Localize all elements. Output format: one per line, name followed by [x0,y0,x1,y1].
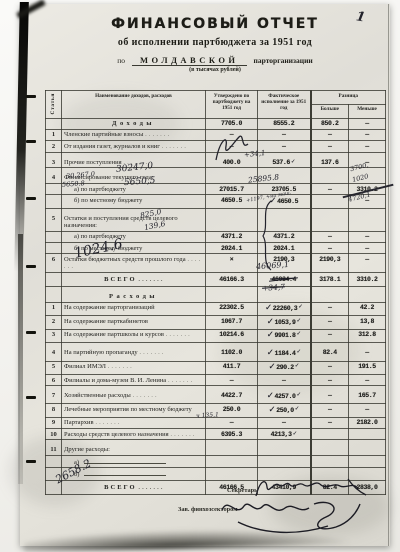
article-number-cell: 5 [46,361,62,375]
row-label-cell: Членские партийные взносы [62,129,206,140]
article-number-cell: 6 [46,254,62,273]
row-label-cell: Финансирование текущего года: [62,168,206,184]
table-row: 11Другие расходы: [46,440,386,456]
report-table: Статья Наименование доходов, расходов Ут… [45,90,386,495]
handwritten-checkmark: ✓ [265,303,272,313]
scan-bottom-shadow [24,526,350,552]
value-cell-c3: 82.4 [311,343,349,361]
secretary-label: Секретарь [227,487,258,494]
blank-line [84,458,166,464]
table-header: Статья Наименование доходов, расходов Ут… [46,91,386,119]
value-cell-c1: 2024.1 [206,243,258,254]
article-number-cell [46,468,62,480]
scan-mark [26,197,36,200]
value-cell-c3: — [311,361,349,375]
row-label-cell: Другие расходы: [62,440,206,456]
value-cell-c4 [349,440,386,456]
value-cell-c4: 191.5 [349,361,386,375]
value-cell-c4: — [349,343,386,361]
value-cell-c4 [349,429,386,440]
article-number-cell [46,118,62,129]
blank-line [84,470,166,476]
value-cell-c2: 8555.2 [258,118,311,129]
table-row: 5Остатки и поступления средств целевого … [46,208,386,231]
value-cell-c3: — [311,316,349,330]
value-cell-c2: 46034.4 [258,272,311,286]
value-cell-c3: — [311,141,349,152]
article-number-cell: 7 [46,386,62,404]
scan-spine-shadow-lower [18,234,23,484]
table-row: б) [46,468,386,480]
scan-spine-shadow [14,2,29,272]
value-cell-c1: 7705.0 [206,118,258,129]
value-cell-c1: 400.0 [206,152,258,168]
value-cell-c2: ✓290.2✓ [258,361,311,375]
handwritten-checkmark: ✓ [297,392,301,398]
value-cell-c1 [206,468,258,480]
value-cell-c1: 4371.2 [206,231,258,242]
article-number-cell [46,272,62,286]
article-number-cell: 4 [46,343,62,361]
value-cell-c4: 3310.2 [349,272,386,286]
article-number-cell: 11 [46,440,62,456]
value-cell-c4: — [349,129,386,140]
row-label-cell: б) [62,468,206,480]
article-number-cell: 1 [46,302,62,316]
value-cell-c2 [258,287,311,303]
scan-mark [26,460,36,463]
value-cell-c2: — [258,417,311,428]
value-cell-c2: ✓1184.4✓ [258,343,311,361]
value-cell-c4 [349,208,386,231]
table-body: Доходы7705.08555.2850.2—1Членские партий… [46,118,386,494]
table-row: 4Финансирование текущего года: [46,168,386,184]
value-cell-c4: — [349,375,386,386]
handwritten-checkmark: ✓ [269,405,276,415]
row-label-cell: Остатки и поступления средств целевого н… [62,208,206,231]
value-cell-c2: ✓4257.0✓ [258,386,311,404]
article-number-cell [46,195,62,209]
report-subtitle: об исполнении партбюджета за 1951 год [45,37,385,48]
value-cell-c4: — [349,254,386,273]
row-label-cell: Партархив [62,417,206,428]
value-cell-c4: 42.2 [349,302,386,316]
handwritten-checkmark: ✓ [267,348,274,358]
table-row: а) по партбюджету27015.723705.5—3310.2 [46,184,386,195]
value-cell-c3 [311,468,349,480]
row-label-cell: б) по местному бюджету [62,195,206,209]
table-row: б) по местному бюджету4650.5✓4650.5— [46,195,386,209]
value-cell-c4: — [349,231,386,242]
value-cell-c2 [258,208,311,231]
value-cell-c3: — [311,386,349,404]
value-cell-c1: 10214.6 [206,329,258,343]
col-header-less: Меньше [349,104,386,118]
table-row: 10Расходы средств целевого назначения639… [46,429,386,440]
organization-name: МОЛДАВСКОЙ [132,55,247,66]
table-row: 2На содержание парткабинетов1067.7✓1053,… [46,316,386,330]
row-label-cell: На содержание парткабинетов [62,316,206,330]
handwritten-checkmark: ✓ [297,349,301,355]
article-number-cell: 4 [46,168,62,184]
row-label-cell: а) по партбюджету [62,231,206,242]
article-number-cell: 8 [46,404,62,418]
handwritten-checkmark: ✓ [295,406,299,412]
value-cell-c2 [258,168,311,184]
value-cell-c2: 23705.5 [258,184,311,195]
value-cell-c1: — [206,417,258,428]
value-cell-c4 [349,456,386,468]
value-cell-c4 [349,287,386,303]
handwritten-checkmark: ✓ [269,196,276,206]
value-cell-c3 [311,440,349,456]
col-header-approved: Утверждено по партбюджету на 1951 год [206,91,258,119]
row-label-cell: а) [62,456,206,468]
table-row: 1Членские партийные взносы———— [46,129,386,140]
table-row: 1На содержание парторганизаций22302.5✓22… [46,302,386,316]
value-cell-c3: — [311,375,349,386]
row-label-cell: ВСЕГО [62,480,206,494]
value-cell-c1 [206,168,258,184]
value-cell-c1: 1067.7 [206,316,258,330]
value-cell-c2 [258,456,311,468]
row-label-cell: Прочие поступления [62,152,206,168]
value-cell-c3: — [311,129,349,140]
report-title: ФИНАНСОВЫЙ ОТЧЕТ [45,16,385,32]
article-number-cell [46,480,62,494]
value-cell-c2: — [258,129,311,140]
handwritten-checkmark: ✓ [293,431,297,437]
value-cell-c2: ✓22260,3✓ [258,302,311,316]
table-row: 3На содержание партшколы и курсов10214.6… [46,329,386,343]
article-number-cell: 2 [46,316,62,330]
value-cell-c3 [311,429,349,440]
handwritten-checkmark: ✓ [297,331,301,337]
value-cell-c1: 250.0 [206,404,258,418]
value-cell-c3: — [311,404,349,418]
scanned-document: ФИНАНСОВЫЙ ОТЧЕТ об исполнении партбюдже… [0,0,400,552]
value-cell-c1: — [206,375,258,386]
value-cell-c4: 13,8 [349,316,386,330]
value-cell-c2: — [258,141,311,152]
value-cell-c3 [311,208,349,231]
article-number-cell [46,231,62,242]
article-number-cell: 9 [46,417,62,428]
value-cell-c3 [311,287,349,303]
table-row: 4На партийную пропаганду1102.0✓1184.4✓82… [46,343,386,361]
col-header-name: Наименование доходов, расходов [62,91,206,119]
col-header-article: Статья [46,91,62,119]
article-number-cell: 1 [46,129,62,140]
table-row: Доходы7705.08555.2850.2— [46,118,386,129]
table-row: Расходы [46,287,386,303]
value-cell-c3 [311,168,349,184]
table-row: ВСЕГО46166.346034.43178.13310.2 [46,272,386,286]
handwritten-checkmark: ✓ [267,391,274,401]
row-label-cell: б) по местному бюджету [62,243,206,254]
article-number-cell [46,456,62,468]
handwritten-checkmark: ✓ [297,318,301,324]
value-cell-c2: ✓9901.8✓ [258,329,311,343]
table-row: 2От издания газет, журналов и книг———— [46,141,386,152]
article-number-cell: 3 [46,152,62,168]
handwritten-checkmark: ✓ [267,317,274,327]
value-cell-c4 [349,468,386,480]
value-cell-c2: ✓250,0✓ [258,404,311,418]
value-cell-c2: ✓4650.5 [258,195,311,209]
value-cell-c2: — [258,375,311,386]
value-cell-c3: — [311,329,349,343]
table-row: 9Партархив———2182.0 [46,417,386,428]
handwritten-checkmark: ✓ [298,304,302,310]
row-label-cell: На содержание партшколы и курсов [62,329,206,343]
value-cell-c4: — [349,243,386,254]
table-row: 5Филиал ИМЭЛ411.7✓290.2✓—191.5 [46,361,386,375]
value-cell-c1: — [206,141,258,152]
value-cell-c1 [206,208,258,231]
value-cell-c3: 2190,3 [311,254,349,273]
organization-line: по МОЛДАВСКОЙ парторганизации [45,55,385,66]
row-label-cell: Филиалы и дома-музеи В. И. Ленина [62,375,206,386]
value-cell-c4: 2838,0 [349,480,386,494]
value-cell-c4: — [349,152,386,168]
value-cell-c4: — [349,141,386,152]
scan-mark [26,140,36,143]
value-cell-c1: 46166.3 [206,272,258,286]
value-cell-c3 [311,456,349,468]
handwritten-checkmark: ✓ [295,363,299,369]
row-label-cell: ВСЕГО [62,272,206,286]
col-header-more: Больше [311,104,349,118]
row-label-cell: а) по партбюджету [62,184,206,195]
value-cell-c4: 312.8 [349,329,386,343]
table-row: а) по партбюджету4371.24371.2—— [46,231,386,242]
value-cell-c2: 537.6✓ [258,152,311,168]
table-row: 6Филиалы и дома-музеи В. И. Ленина———— [46,375,386,386]
value-cell-c3: 137.6 [311,152,349,168]
value-cell-c1 [206,456,258,468]
article-number-cell [46,243,62,254]
row-label-cell: Доходы [62,118,206,129]
value-cell-c4: 2182.0 [349,417,386,428]
row-label-cell: На партийную пропаганду [62,343,206,361]
value-cell-c1: 22302.5 [206,302,258,316]
col-header-difference: Разница [311,91,386,105]
col-header-actual: Фактическое исполнение за 1951 год [258,91,311,119]
row-label-cell: Хозяйственные расходы [62,386,206,404]
value-cell-c2: ✓1053,9✓ [258,316,311,330]
scan-mark [26,95,36,98]
value-cell-c2 [258,468,311,480]
value-cell-c4: — [349,195,386,209]
scan-mark [26,331,36,334]
value-cell-c1 [206,287,258,303]
row-label-cell: От издания газет, журналов и книг [62,141,206,152]
row-label-cell: Расходы [62,287,206,303]
value-cell-c3: — [311,302,349,316]
value-cell-c1: 1102.0 [206,343,258,361]
table-row: б) по местному бюджету2024.12024.1—— [46,243,386,254]
value-cell-c2: 43410,9 [258,480,311,494]
table-row: ВСЕГО46166.543410,982.42838,0 [46,480,386,494]
value-cell-c4: — [349,118,386,129]
value-cell-c1: × [206,254,258,273]
article-number-cell [46,184,62,195]
article-number-cell: 6 [46,375,62,386]
handwritten-checkmark: ✓ [267,330,274,340]
row-label-cell: На содержание парторганизаций [62,302,206,316]
row-label-cell: Расходы средств целевого назначения [62,429,206,440]
value-cell-c2: 4213,3✓ [258,429,311,440]
article-number-cell [46,287,62,303]
document-header: ФИНАНСОВЫЙ ОТЧЕТ об исполнении партбюдже… [45,16,385,73]
row-label-cell: Остатки бюджетных средств прошлого года [62,254,206,273]
value-cell-c1: 411.7 [206,361,258,375]
table-row: 7Хозяйственные расходы4422.7✓4257.0✓—165… [46,386,386,404]
article-number-cell: 10 [46,429,62,440]
value-cell-c1: 4650.5 [206,195,258,209]
article-number-cell: 5 [46,208,62,231]
value-cell-c4: — [349,404,386,418]
finance-officer-label: Зав. финхозсектором [178,506,238,513]
value-cell-c3: — [311,417,349,428]
value-cell-c3: 850.2 [311,118,349,129]
value-cell-c1 [206,440,258,456]
value-cell-c3: — [311,231,349,242]
org-suffix: парторганизации [254,56,313,65]
value-cell-c2 [258,440,311,456]
org-prefix: по [117,56,125,65]
value-cell-c1: 6395.3 [206,429,258,440]
article-number-cell: 3 [46,329,62,343]
units-note: (в тысячах рублей) [45,67,385,73]
value-cell-c3: — [311,184,349,195]
value-cell-c2: 4371.2 [258,231,311,242]
scan-mark [26,396,36,399]
row-label-cell: Филиал ИМЭЛ [62,361,206,375]
handwritten-checkmark: ✓ [269,362,276,372]
row-label-cell: Лечебные мероприятия по местному бюджету [62,404,206,418]
table-row: 8Лечебные мероприятия по местному бюджет… [46,404,386,418]
page-edge-line [388,4,390,546]
value-cell-c1: 27015.7 [206,184,258,195]
value-cell-c1: — [206,129,258,140]
table-row: а) [46,456,386,468]
scan-mark [26,265,36,268]
value-cell-c1: 4422.7 [206,386,258,404]
handwritten-checkmark: ✓ [291,159,295,165]
table-row: 6Остатки бюджетных средств прошлого года… [46,254,386,273]
value-cell-c4 [349,168,386,184]
value-cell-c3: 82.4 [311,480,349,494]
value-cell-c3: — [311,243,349,254]
table-row: 3Прочие поступления400.0537.6✓137.6— [46,152,386,168]
value-cell-c4: 165.7 [349,386,386,404]
article-number-cell: 2 [46,141,62,152]
value-cell-c2: 2024.1 [258,243,311,254]
value-cell-c2: 2190,3 [258,254,311,273]
document-page: ФИНАНСОВЫЙ ОТЧЕТ об исполнении партбюдже… [20,4,390,546]
value-cell-c3: 3178.1 [311,272,349,286]
